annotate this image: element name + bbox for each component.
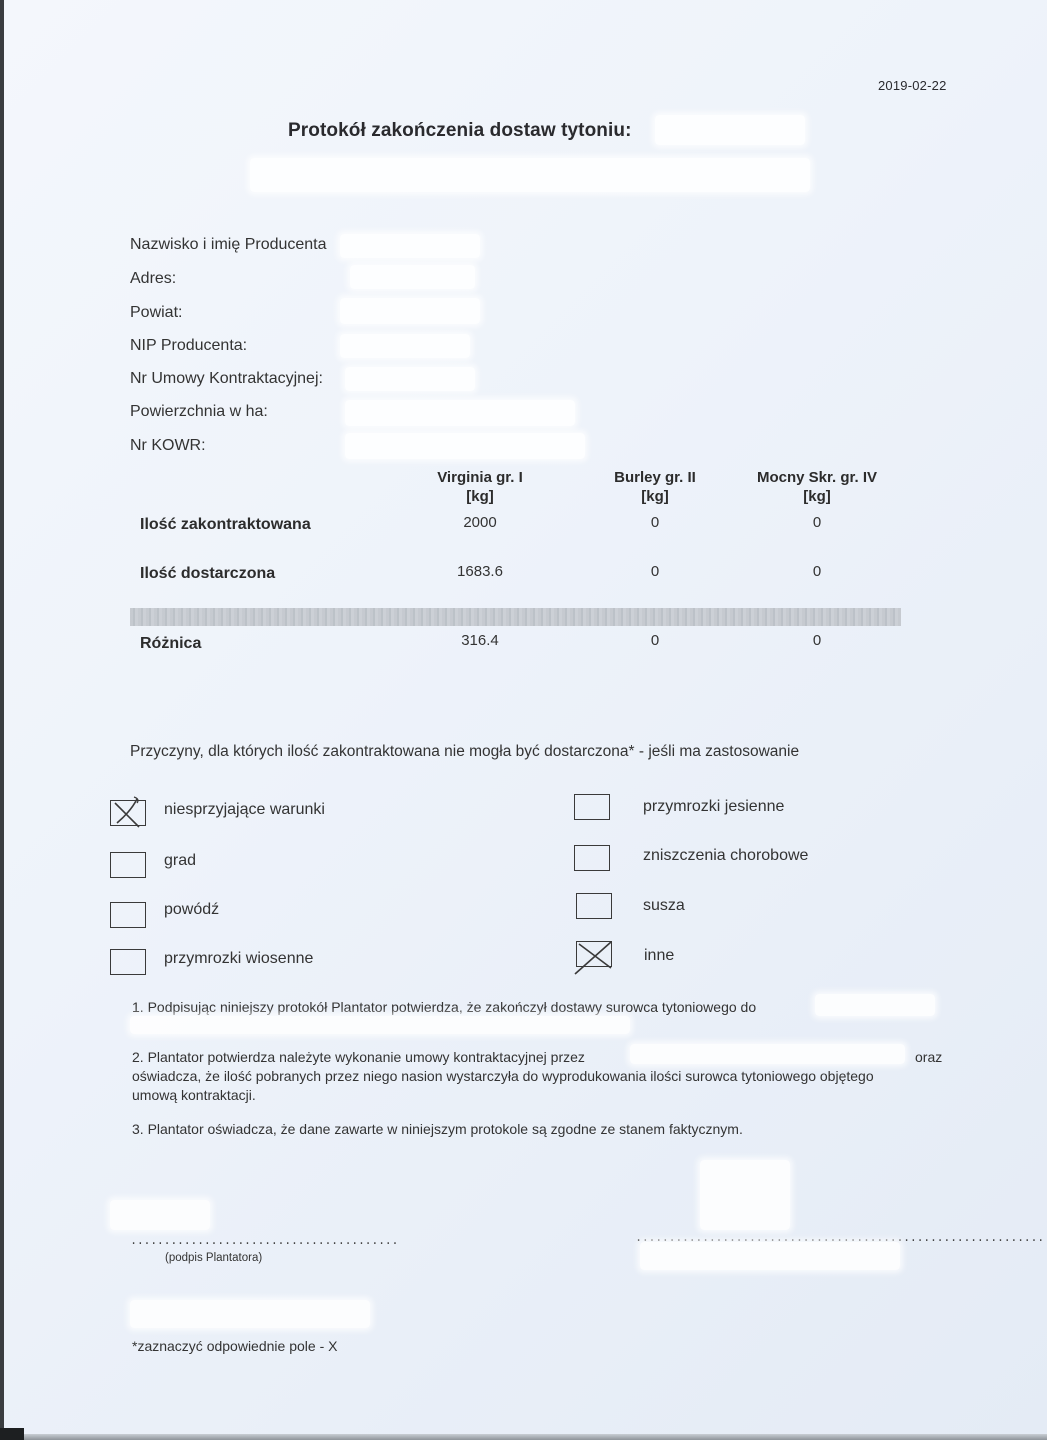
- scan-edge-left: [0, 0, 4, 1440]
- field-label-contract-number: Nr Umowy Kontraktacyjnej:: [130, 370, 323, 388]
- column-header-virginia-name: Virginia gr. I: [415, 468, 545, 487]
- checkbox-spring-frost[interactable]: [110, 949, 146, 975]
- field-label-nip: NIP Producenta:: [130, 337, 247, 355]
- redaction-statement-2-company: [630, 1044, 905, 1064]
- scan-edge-bottom: [0, 1434, 1047, 1440]
- redaction-bottom-stamp: [130, 1300, 370, 1328]
- table-separator-band: [130, 608, 901, 626]
- statement-2-part1: 2. Plantator potwierdza należyte wykonan…: [132, 1049, 585, 1065]
- statement-2-line3: umową kontraktacji.: [132, 1086, 947, 1105]
- checkbox-hail[interactable]: [110, 852, 146, 878]
- x-mark-icon: [573, 934, 619, 978]
- redaction-title-suffix: [655, 115, 805, 145]
- cell-difference-virginia: 316.4: [440, 632, 520, 649]
- cell-difference-mocny: 0: [777, 632, 857, 649]
- statement-1-text: 1. Podpisując niniejszy protokół Plantat…: [132, 999, 756, 1015]
- scan-edge-corner: [0, 1428, 24, 1440]
- field-label-address: Adres:: [130, 270, 176, 288]
- cell-contracted-mocny: 0: [777, 514, 857, 531]
- document-title: Protokół zakończenia dostaw tytoniu:: [288, 120, 632, 142]
- cell-difference-burley: 0: [615, 632, 695, 649]
- column-header-virginia: Virginia gr. I [kg]: [415, 468, 545, 506]
- field-value-nip: [340, 334, 470, 358]
- field-label-area: Powierzchnia w ha:: [130, 403, 268, 421]
- signature-caption-left: (podpis Plantatora): [165, 1252, 262, 1264]
- label-unfavorable-conditions: niesprzyjające warunki: [164, 801, 325, 819]
- label-hail: grad: [164, 852, 196, 870]
- field-value-area: [345, 400, 575, 426]
- redaction-statement-1-company: [815, 994, 935, 1016]
- footnote: *zaznaczyć odpowiednie pole - X: [132, 1338, 337, 1354]
- redaction-right-caption: [640, 1242, 900, 1270]
- cell-delivered-mocny: 0: [777, 563, 857, 580]
- redaction-left-signature: [110, 1200, 210, 1230]
- row-label-delivered: Ilość dostarczona: [140, 565, 275, 583]
- field-label-county: Powiat:: [130, 304, 182, 322]
- signature-line-left: ........................................: [130, 1234, 398, 1248]
- column-header-mocny: Mocny Skr. gr. IV [kg]: [742, 468, 892, 506]
- reasons-title: Przyczyny, dla których ilość zakontrakto…: [130, 743, 799, 761]
- field-value-contract-number: [345, 367, 475, 391]
- cell-delivered-burley: 0: [615, 563, 695, 580]
- cell-delivered-virginia: 1683.6: [440, 563, 520, 580]
- checkbox-disease-damage[interactable]: [574, 845, 610, 871]
- statement-2-line2: oświadcza, że ilość pobranych przez nieg…: [132, 1067, 947, 1086]
- checkbox-unfavorable-conditions[interactable]: [110, 800, 146, 826]
- column-header-virginia-unit: [kg]: [415, 487, 545, 506]
- checkbox-flood[interactable]: [110, 902, 146, 928]
- label-other: inne: [644, 947, 674, 965]
- column-header-burley-unit: [kg]: [590, 487, 720, 506]
- field-value-kowr: [345, 433, 585, 459]
- field-label-kowr: Nr KOWR:: [130, 437, 206, 455]
- field-value-producer-name: [340, 234, 480, 258]
- statement-3: 3. Plantator oświadcza, że dane zawarte …: [132, 1120, 947, 1139]
- field-value-address: [350, 265, 475, 289]
- column-header-mocny-name: Mocny Skr. gr. IV: [742, 468, 892, 487]
- checkbox-autumn-frost[interactable]: [574, 794, 610, 820]
- field-value-county: [340, 298, 480, 324]
- label-autumn-frost: przymrozki jesienne: [643, 798, 784, 816]
- x-mark-icon: [107, 793, 153, 833]
- label-flood: powódź: [164, 901, 219, 919]
- field-label-producer-name: Nazwisko i imię Producenta: [130, 236, 327, 254]
- cell-contracted-burley: 0: [615, 514, 695, 531]
- checkbox-drought[interactable]: [576, 893, 612, 919]
- redaction-statement-1-line2: [130, 1016, 630, 1034]
- cell-contracted-virginia: 2000: [440, 514, 520, 531]
- row-label-difference: Różnica: [140, 635, 201, 653]
- redaction-right-signature: [700, 1160, 790, 1230]
- redaction-subtitle: [250, 158, 810, 192]
- checkbox-other[interactable]: [576, 941, 612, 967]
- column-header-burley: Burley gr. II [kg]: [590, 468, 720, 506]
- label-drought: susza: [643, 897, 685, 915]
- column-header-mocny-unit: [kg]: [742, 487, 892, 506]
- label-disease-damage: zniszczenia chorobowe: [643, 847, 808, 865]
- document-date: 2019-02-22: [878, 78, 947, 93]
- column-header-burley-name: Burley gr. II: [590, 468, 720, 487]
- statement-2-part2: oraz: [915, 1048, 942, 1067]
- row-label-contracted: Ilość zakontraktowana: [140, 516, 311, 534]
- label-spring-frost: przymrozki wiosenne: [164, 950, 313, 968]
